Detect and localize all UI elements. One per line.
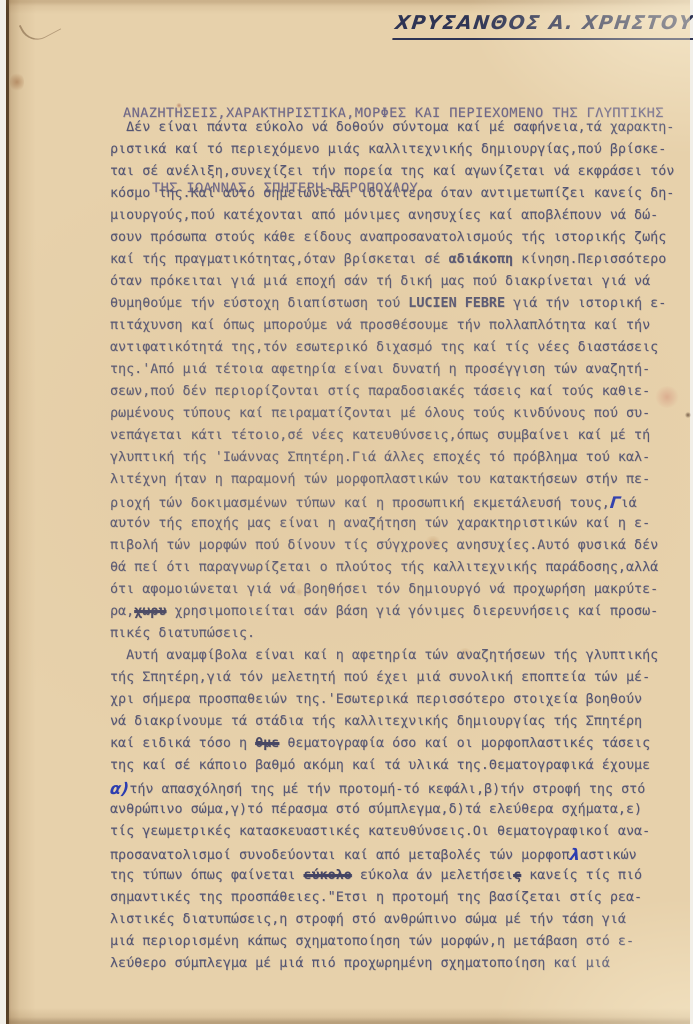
text-line: νά διακρίνουμε τά στάδια τής καλλιτεχνικ… xyxy=(110,711,674,733)
text-segment: χρησιμοποιείται σάν βάση γιά γόνιμες διε… xyxy=(166,604,658,619)
text-line: σημαντικές της προσπάθειες."Ετσι η προτο… xyxy=(110,887,674,909)
scratch-mark xyxy=(19,9,62,46)
text-line: της καί σέ κάποιο βαθμό ακόμη καί τά υλι… xyxy=(110,755,674,777)
text-segment: ρωμένους τύπους καί πειραματίζονται μέ ό… xyxy=(110,406,650,421)
text-segment: καί τής πραγματικότητας,όταν βρίσκεται σ… xyxy=(110,252,449,267)
text-line: καί ειδικά τόσο η θμε θεματογραφία όσο κ… xyxy=(110,733,674,755)
text-segment: της καί σέ κάποιο βαθμό ακόμη καί τά υλι… xyxy=(110,758,650,773)
text-segment: χρι σήμερα προσπαθειών της.'Εσωτερικά πε… xyxy=(110,692,642,707)
text-segment: γλυπτική τής 'Ιωάννας Σπητέρη.Γιά άλλες … xyxy=(110,450,650,465)
text-line: α)τήν απασχόλησή της μέ τήν προτομή-τό κ… xyxy=(110,777,674,799)
text-line: της τύπων όπως φαίνεται εύκολο εύκολα άν… xyxy=(110,865,674,887)
strike-segment: χωρυ xyxy=(134,604,166,619)
text-line: ριοχή τών δοκιμασμένων τύπων καί η προσω… xyxy=(110,491,674,513)
text-segment: αυτόν τής εποχής μας είναι η αναζήτηση τ… xyxy=(110,516,650,531)
text-segment: θεματογραφία όσο καί οι μορφοπλαστικές τ… xyxy=(279,736,650,751)
text-line: σουν πρόσωπα στούς κάθε είδους αναπροσαν… xyxy=(110,227,674,249)
text-line: τίς γεωμετρικές κατασκευαστικές κατευθύν… xyxy=(110,821,674,843)
text-segment: Αυτή αναμφίβολα είναι καί η αφετηρία τών… xyxy=(110,648,658,663)
text-line: Δέν είναι πάντα εύκολο νά δοθούν σύντομα… xyxy=(110,117,674,139)
text-line: νεπάγεται κάτι τέτοιο,σέ νέες κατευθύνσε… xyxy=(110,425,674,447)
text-segment: μιά περιορισμένη κάπως σχηματοποίηση τών… xyxy=(110,934,634,949)
bold-segment: LUCIEN FEBRE xyxy=(408,296,505,311)
text-segment: πικές διατυπώσεις. xyxy=(110,626,255,641)
text-segment: ται σέ ανέλιξη,συνεχίζει τήν πορεία της … xyxy=(110,164,674,179)
paper-edge-shadow xyxy=(6,0,9,1024)
text-line: ται σέ ανέλιξη,συνεχίζει τήν πορεία της … xyxy=(110,161,674,183)
text-line: Αυτή αναμφίβολα είναι καί η αφετηρία τών… xyxy=(110,645,674,667)
text-line: μιουργούς,πού κατέχονται από μόνιμες ανη… xyxy=(110,205,674,227)
text-segment: εύκολα άν μελετήσει xyxy=(352,868,513,883)
text-segment: λιτέχνη ήταν η παραμονή τών μορφοπλαστικ… xyxy=(110,472,650,487)
text-segment: νά διακρίνουμε τά στάδια τής καλλιτεχνικ… xyxy=(110,714,642,729)
text-line: χρι σήμερα προσπαθειών της.'Εσωτερικά πε… xyxy=(110,689,674,711)
text-line: θυμηθούμε τήν εύστοχη διαπίστωση τού LUC… xyxy=(110,293,674,315)
text-segment: της τύπων όπως φαίνεται xyxy=(110,868,303,883)
text-segment: τής Σπητέρη,γιά τόν μελετητή πού έχει μι… xyxy=(110,670,650,685)
text-line: ανθρώπινο σώμα,γ)τό πέρασμα στό σύμπλεγμ… xyxy=(110,799,674,821)
strike-segment: εύκολο xyxy=(303,868,351,883)
text-line: πικές διατυπώσεις. xyxy=(110,623,674,645)
text-line: θά πεί ότι παραγνωρίζεται ο πλούτος τής … xyxy=(110,557,674,579)
text-segment: θά πεί ότι παραγνωρίζεται ο πλούτος τής … xyxy=(110,560,658,575)
text-segment: λεύθερο σύμπλεγμα μέ μιά πιό προχωρημένη… xyxy=(110,956,610,971)
text-segment: ριστικά καί τό περιεχόμενο μιάς καλλιτεχ… xyxy=(110,142,666,157)
text-line: ριστικά καί τό περιεχόμενο μιάς καλλιτεχ… xyxy=(110,139,674,161)
text-segment: αστικών xyxy=(580,848,636,863)
text-line: λιτέχνη ήταν η παραμονή τών μορφοπλαστικ… xyxy=(110,469,674,491)
text-line: ότι αφομοιώνεται γιά νά βοηθήσει τόν δημ… xyxy=(110,579,674,601)
pen-segment: λ xyxy=(568,844,581,866)
text-line: λεύθερο σύμπλεγμα μέ μιά πιό προχωρημένη… xyxy=(110,953,674,975)
text-line: τής Σπητέρη,γιά τόν μελετητή πού έχει μι… xyxy=(110,667,674,689)
text-segment: κανείς τίς πιό xyxy=(521,868,642,883)
text-segment: σημαντικές της προσπάθειες."Ετσι η προτο… xyxy=(110,890,642,905)
text-line: γλυπτική τής 'Ιωάννας Σπητέρη.Γιά άλλες … xyxy=(110,447,674,469)
strike-segment: ς xyxy=(513,868,521,883)
text-line: ρα,χωρυ χρησιμοποιείται σάν βάση γιά γόν… xyxy=(110,601,674,623)
text-line: αυτόν τής εποχής μας είναι η αναζήτηση τ… xyxy=(110,513,674,535)
text-segment: της.'Από μιά τέτοια αφετηρία είναι δυνατ… xyxy=(110,362,650,377)
text-segment: κίνηση.Περισσότερο xyxy=(513,252,666,267)
paragraph: Δέν είναι πάντα εύκολο νά δοθούν σύντομα… xyxy=(110,117,674,645)
text-line: πιτάχυνση καί όπως μπορούμε νά προσθέσου… xyxy=(110,315,674,337)
handwritten-header: ΧΡΥΣΑΝΘΟΣ Α. ΧΡΗΣΤΟΥ 7-3 xyxy=(394,12,693,53)
text-line: καί τής πραγματικότητας,όταν βρίσκεται σ… xyxy=(110,249,674,271)
text-segment: θυμηθούμε τήν εύστοχη διαπίστωση τού xyxy=(110,296,408,311)
text-segment: κόσμο της.Καί αυτό σημειώνεται ιδιαίτερα… xyxy=(110,186,674,201)
text-line: λιστικές διατυπώσεις,η στροφή στό ανθρώπ… xyxy=(110,909,674,931)
stain-spot xyxy=(10,72,24,92)
text-line: αντιφατικότητά της,τόν εσωτερικό διχασμό… xyxy=(110,337,674,359)
text-segment: προσανατολισμοί συνοδεύονται καί από μετ… xyxy=(110,848,570,863)
scanned-page: ΧΡΥΣΑΝΘΟΣ Α. ΧΡΗΣΤΟΥ 7-3 ΑΝΑΖΗΤΗΣΕΙΣ,ΧΑΡ… xyxy=(0,0,693,1024)
text-line: ρωμένους τύπους καί πειραματίζονται μέ ό… xyxy=(110,403,674,425)
text-segment: πιβολή τών μορφών πού δίνουν τίς σύγχρον… xyxy=(110,538,658,553)
pen-segment: Γ xyxy=(609,492,622,514)
paragraph: Αυτή αναμφίβολα είναι καί η αφετηρία τών… xyxy=(110,645,674,975)
pen-segment: α) xyxy=(109,778,131,800)
text-segment: τίς γεωμετρικές κατασκευαστικές κατευθύν… xyxy=(110,824,650,839)
text-segment: ρα, xyxy=(110,604,134,619)
text-segment: σεων,πού δέν περιορίζονται στίς παραδοσι… xyxy=(110,384,650,399)
text-segment: καί ειδικά τόσο η xyxy=(110,736,255,751)
text-line: κόσμο της.Καί αυτό σημειώνεται ιδιαίτερα… xyxy=(110,183,674,205)
text-segment: όταν πρόκειται γιά μιά εποχή σάν τή δική… xyxy=(110,274,650,289)
typed-body: Δέν είναι πάντα εύκολο νά δοθούν σύντομα… xyxy=(110,117,674,975)
text-segment: πιτάχυνση καί όπως μπορούμε νά προσθέσου… xyxy=(110,318,650,333)
text-segment: Δέν είναι πάντα εύκολο νά δοθούν σύντομα… xyxy=(110,120,674,135)
text-line: πιβολή τών μορφών πού δίνουν τίς σύγχρον… xyxy=(110,535,674,557)
text-line: σεων,πού δέν περιορίζονται στίς παραδοσι… xyxy=(110,381,674,403)
text-segment: σουν πρόσωπα στούς κάθε είδους αναπροσαν… xyxy=(110,230,666,245)
text-segment: αντιφατικότητά της,τόν εσωτερικό διχασμό… xyxy=(110,340,658,355)
text-segment: ιά xyxy=(621,496,637,511)
text-line: μιά περιορισμένη κάπως σχηματοποίηση τών… xyxy=(110,931,674,953)
text-segment: ριοχή τών δοκιμασμένων τύπων καί η προσω… xyxy=(110,496,610,511)
text-segment: νεπάγεται κάτι τέτοιο,σέ νέες κατευθύνσε… xyxy=(110,428,650,443)
text-segment: γιά τήν ιστορική ε- xyxy=(505,296,666,311)
text-segment: λιστικές διατυπώσεις,η στροφή στό ανθρώπ… xyxy=(110,912,626,927)
paper-sheet: ΧΡΥΣΑΝΘΟΣ Α. ΧΡΗΣΤΟΥ 7-3 ΑΝΑΖΗΤΗΣΕΙΣ,ΧΑΡ… xyxy=(6,0,690,1024)
text-segment: ότι αφομοιώνεται γιά νά βοηθήσει τόν δημ… xyxy=(110,582,658,597)
strike-segment: θμε xyxy=(255,736,279,751)
handwritten-author-name: ΧΡΥΣΑΝΘΟΣ Α. ΧΡΗΣΤΟΥ xyxy=(392,12,693,40)
text-line: προσανατολισμοί συνοδεύονται καί από μετ… xyxy=(110,843,674,865)
bold-segment: αδιάκοπη xyxy=(449,252,514,267)
text-segment: ανθρώπινο σώμα,γ)τό πέρασμα στό σύμπλεγμ… xyxy=(110,802,642,817)
text-line: όταν πρόκειται γιά μιά εποχή σάν τή δική… xyxy=(110,271,674,293)
text-segment: τήν απασχόλησή της μέ τήν προτομή-τό κεφ… xyxy=(129,782,645,797)
text-line: της.'Από μιά τέτοια αφετηρία είναι δυνατ… xyxy=(110,359,674,381)
text-segment: μιουργούς,πού κατέχονται από μόνιμες ανη… xyxy=(110,208,658,223)
